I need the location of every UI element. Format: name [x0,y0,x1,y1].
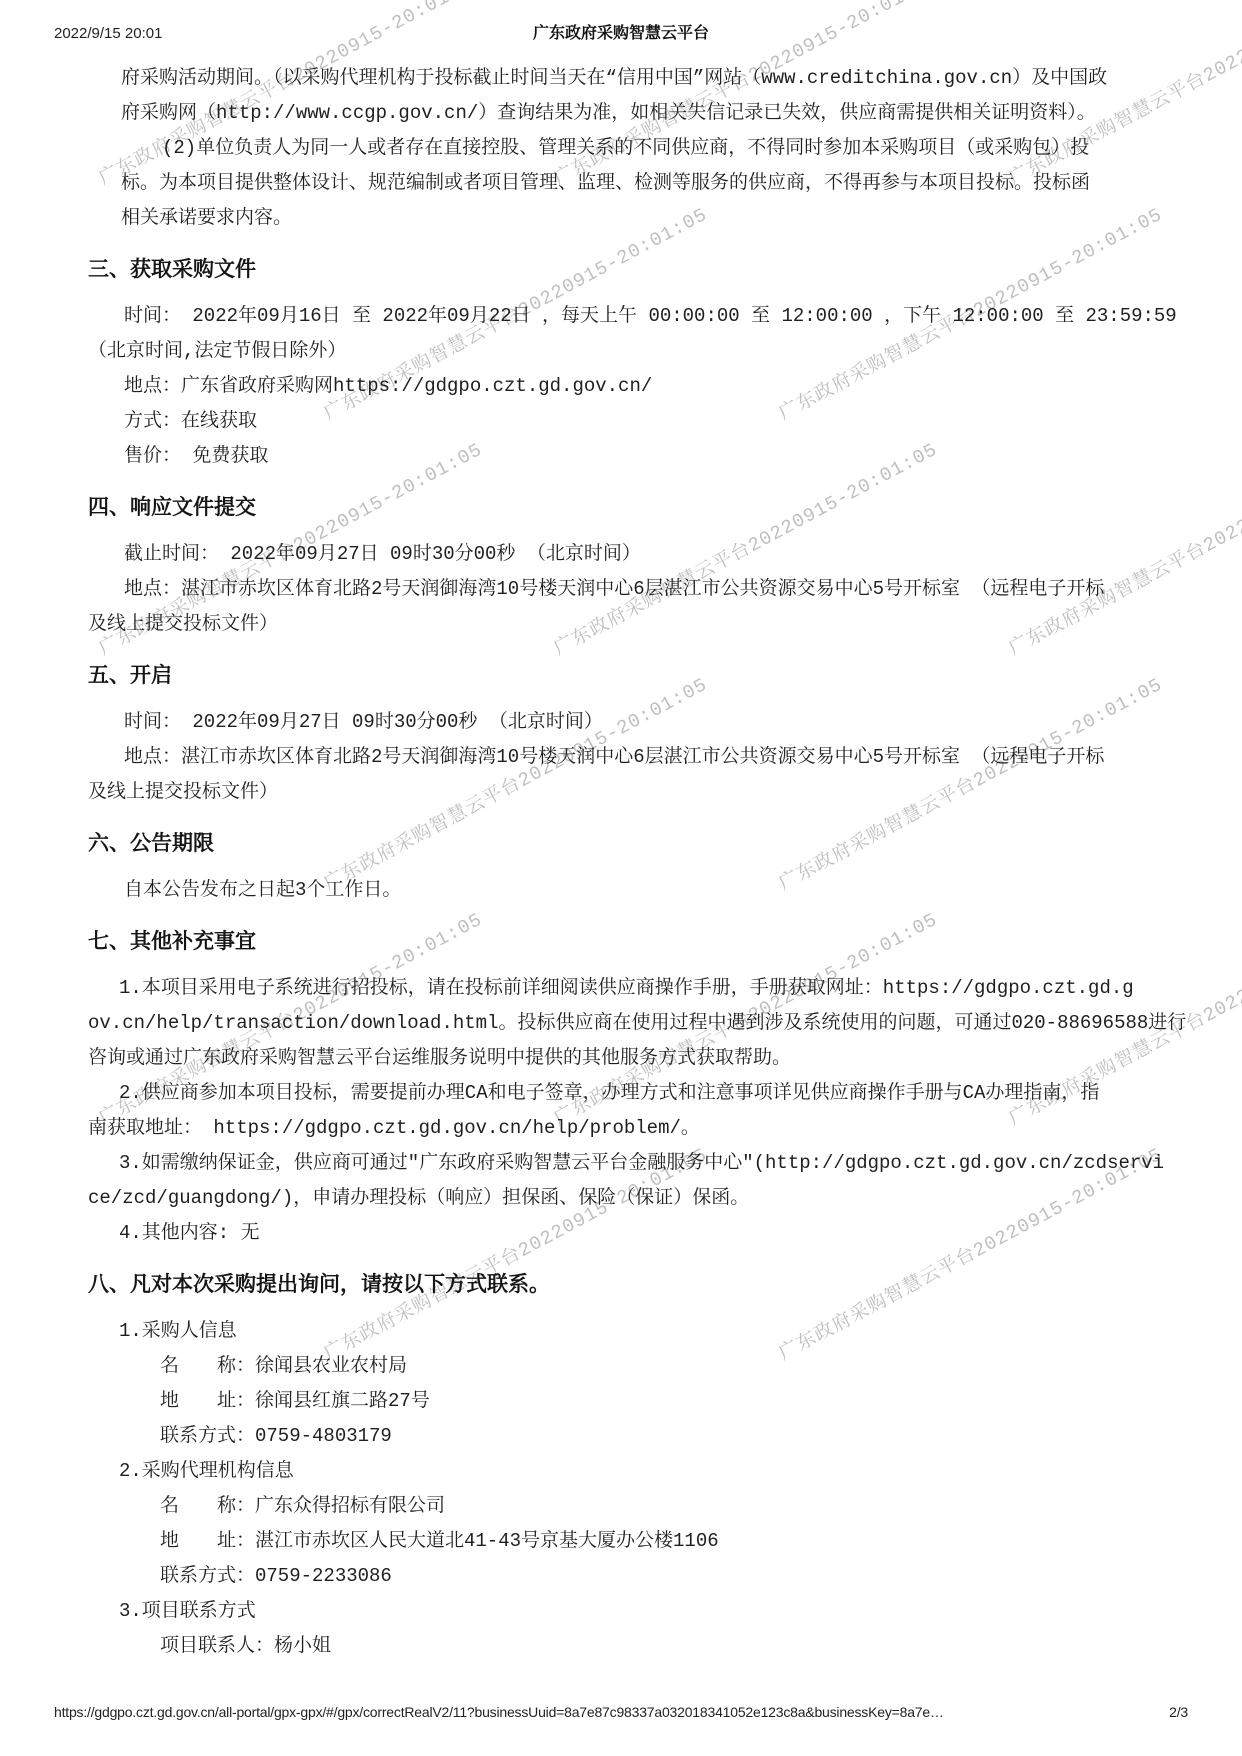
document-line: 3.项目联系方式 [88,1594,1180,1629]
document-line: 地点：湛江市赤坎区体育北路2号天润御海湾10号楼天润中心6层湛江市公共资源交易中… [88,572,1180,607]
document-line: 地点：广东省政府采购网https://gdgpo.czt.gd.gov.cn/ [88,369,1180,404]
document-line: 方式：在线获取 [88,404,1180,439]
document-line: 南获取地址： https://gdgpo.czt.gd.gov.cn/help/… [88,1111,1180,1146]
document-line: 标。为本项目提供整体设计、规范编制或者项目管理、监理、检测等服务的供应商，不得再… [121,166,1180,201]
document-line: 名 称：徐闻县农业农村局 [88,1349,1180,1384]
print-footer: https://gdgpo.czt.gd.gov.cn/all-portal/g… [54,1702,1188,1722]
document-line: 自本公告发布之日起3个工作日。 [88,873,1180,908]
document-line: 3.如需缴纳保证金，供应商可通过″广东政府采购智慧云平台金融服务中心″(http… [88,1146,1180,1181]
printed-document-page: 2022/9/15 20:01 广东政府采购智慧云平台 广东政府采购智慧云平台2… [0,0,1242,1756]
document-line: ce/zcd/guangdong/)，申请办理投标（响应）担保函、保险（保证）保… [88,1181,1180,1216]
document-line: 地点：湛江市赤坎区体育北路2号天润御海湾10号楼天润中心6层湛江市公共资源交易中… [88,740,1180,775]
document-line: 2.采购代理机构信息 [88,1454,1180,1489]
document-line: (2)单位负责人为同一人或者存在直接控股、管理关系的不同供应商，不得同时参加本采… [121,131,1180,166]
document-line: 府采购网（http://www.ccgp.gov.cn/）查询结果为准，如相关失… [121,96,1180,131]
section-heading: 三、获取采购文件 [88,254,1180,290]
section-heading: 五、开启 [88,660,1180,696]
document-line: ov.cn/help/transaction/download.html。投标供… [88,1006,1180,1041]
document-line: 地 址：湛江市赤坎区人民大道北41-43号京基大厦办公楼1106 [88,1524,1180,1559]
document-body: 府采购活动期间。（以采购代理机构于投标截止时间当天在“信用中国”网站（www.c… [88,61,1180,1664]
document-line: 时间： 2022年09月27日 09时30分00秒 （北京时间） [88,705,1180,740]
document-line: 及线上提交投标文件） [88,607,1180,642]
document-line: 府采购活动期间。（以采购代理机构于投标截止时间当天在“信用中国”网站（www.c… [121,61,1180,96]
document-line: 相关承诺要求内容。 [121,201,1180,236]
section-heading: 八、凡对本次采购提出询问，请按以下方式联系。 [88,1269,1180,1305]
document-line: 1.本项目采用电子系统进行招投标，请在投标前详细阅读供应商操作手册，手册获取网址… [88,971,1180,1006]
document-line: 时间： 2022年09月16日 至 2022年09月22日 ，每天上午 00:0… [88,299,1180,334]
print-header: 2022/9/15 20:01 广东政府采购智慧云平台 [0,24,1242,44]
document-line: 及线上提交投标文件） [88,775,1180,810]
document-line: 名 称：广东众得招标有限公司 [88,1489,1180,1524]
document-line: 项目联系人：杨小姐 [88,1629,1180,1664]
footer-url: https://gdgpo.czt.gd.gov.cn/all-portal/g… [54,1704,944,1720]
document-line: 截止时间： 2022年09月27日 09时30分00秒 （北京时间） [88,537,1180,572]
document-line: 联系方式：0759-2233086 [88,1559,1180,1594]
section-heading: 六、公告期限 [88,828,1180,864]
document-line: 地 址：徐闻县红旗二路27号 [88,1384,1180,1419]
page-title: 广东政府采购智慧云平台 [0,24,1242,44]
document-line: 售价： 免费获取 [88,439,1180,474]
document-line: 联系方式：0759-4803179 [88,1419,1180,1454]
page-indicator: 2/3 [1145,1704,1188,1720]
document-line: 2.供应商参加本项目投标，需要提前办理CA和电子签章，办理方式和注意事项详见供应… [88,1076,1180,1111]
section-heading: 四、响应文件提交 [88,492,1180,528]
section-heading: 七、其他补充事宜 [88,926,1180,962]
document-line: 1.采购人信息 [88,1314,1180,1349]
document-line: （北京时间,法定节假日除外） [88,334,1180,369]
document-line: 4.其他内容: 无 [88,1216,1180,1251]
document-line: 咨询或通过广东政府采购智慧云平台运维服务说明中提供的其他服务方式获取帮助。 [88,1041,1180,1076]
